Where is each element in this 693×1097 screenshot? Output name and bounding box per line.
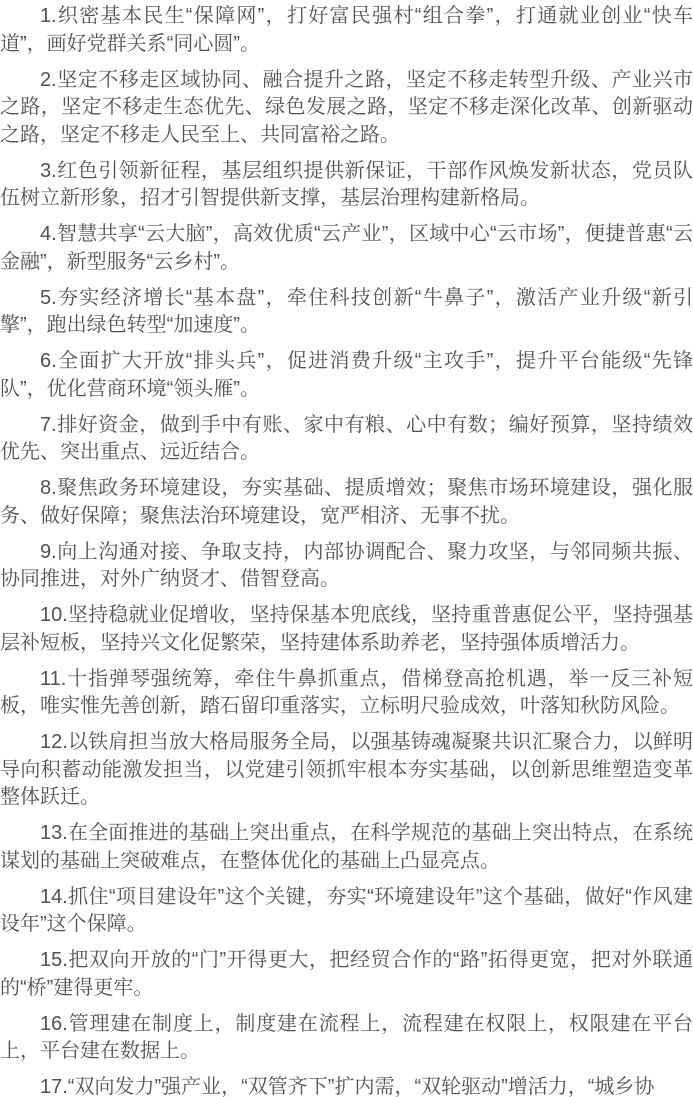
paragraph-6: 6.全面扩大开放“排头兵”，促进消费升级“主攻手”，提升平台能级“先锋队”，优化…	[0, 348, 693, 403]
paragraph-14: 14.抓住“项目建设年”这个关键，夯实“环境建设年”这个基础，做好“作风建设年”…	[0, 884, 693, 939]
paragraph-2: 2.坚定不移走区域协同、融合提升之路，坚定不移走转型升级、产业兴市之路，坚定不移…	[0, 67, 693, 150]
paragraph-7: 7.排好资金，做到手中有账、家中有粮、心中有数；编好预算，坚持绩效优先、突出重点…	[0, 412, 693, 467]
paragraph-8: 8.聚焦政务环境建设，夯实基础、提质增效；聚焦市场环境建设，强化服务、做好保障；…	[0, 475, 693, 530]
paragraph-3: 3.红色引领新征程，基层组织提供新保证，干部作风焕发新状态，党员队伍树立新形象，…	[0, 158, 693, 213]
paragraph-15: 15.把双向开放的“门”开得更大，把经贸合作的“路”拓得更宽，把对外联通的“桥”…	[0, 947, 693, 1002]
document-body: 1.织密基本民生“保障网”，打好富民强村“组合拳”，打通就业创业“快车道”，画好…	[0, 0, 693, 1097]
paragraph-13: 13.在全面推进的基础上突出重点，在科学规范的基础上突出特点，在系统谋划的基础上…	[0, 820, 693, 875]
paragraph-10: 10.坚持稳就业促增收，坚持保基本兜底线，坚持重普惠促公平，坚持强基层补短板，坚…	[0, 602, 693, 657]
paragraph-12: 12.以铁肩担当放大格局服务全局，以强基铸魂凝聚共识汇聚合力，以鲜明导向积蓄动能…	[0, 729, 693, 812]
paragraph-16: 16.管理建在制度上，制度建在流程上，流程建在权限上，权限建在平台上，平台建在数…	[0, 1011, 693, 1066]
paragraph-9: 9.向上沟通对接、争取支持，内部协调配合、聚力攻坚，与邻同频共振、协同推进，对外…	[0, 539, 693, 594]
paragraph-4: 4.智慧共享“云大脑”，高效优质“云产业”，区域中心“云市场”，便捷普惠“云金融…	[0, 221, 693, 276]
paragraph-17: 17.“双向发力”强产业，“双管齐下”扩内需，“双轮驱动”增活力，“城乡协	[0, 1074, 693, 1097]
paragraph-1: 1.织密基本民生“保障网”，打好富民强村“组合拳”，打通就业创业“快车道”，画好…	[0, 3, 693, 58]
paragraph-11: 11.十指弹琴强统筹，牵住牛鼻抓重点，借梯登高抢机遇，举一反三补短板，唯实惟先善…	[0, 666, 693, 721]
paragraph-5: 5.夯实经济增长“基本盘”，牵住科技创新“牛鼻子”，激活产业升级“新引擎”，跑出…	[0, 285, 693, 340]
